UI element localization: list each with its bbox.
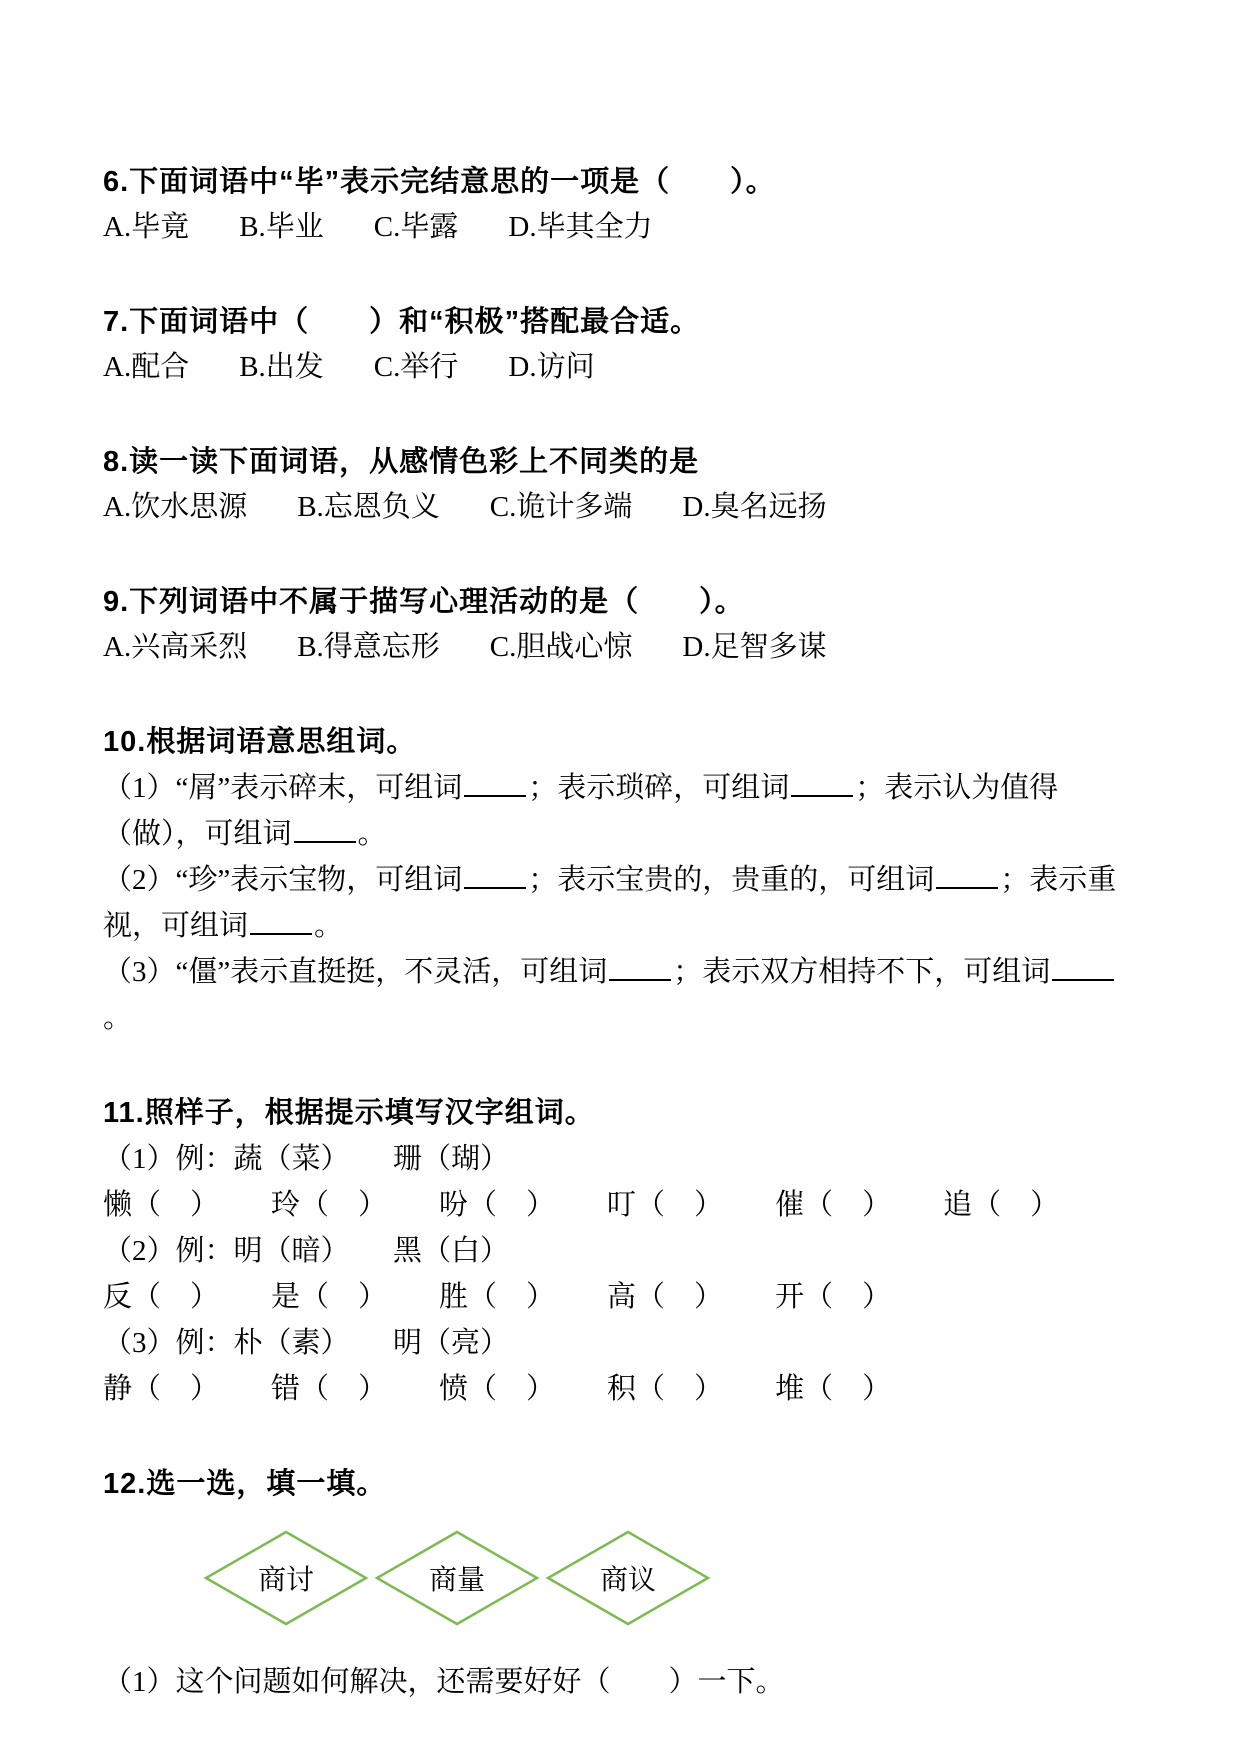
fill-item: 玲（ ） — [271, 1182, 387, 1228]
diamond-word-label: 商议 — [545, 1529, 711, 1627]
question-12-heading: 12.选一选，填一填。 — [103, 1462, 1136, 1507]
option-d: D.访问 — [508, 345, 594, 390]
fill-item: 反（ ） — [103, 1274, 219, 1320]
fill-item: 是（ ） — [271, 1274, 387, 1320]
diamond-word-label: 商讨 — [203, 1529, 369, 1627]
fill-item: 开（ ） — [775, 1274, 891, 1320]
option-d: D.毕其全力 — [508, 205, 652, 250]
option-c: C.毕露 — [374, 205, 459, 250]
option-a: A.饮水思源 — [103, 485, 247, 530]
blank-underline — [294, 816, 356, 843]
option-b: B.出发 — [239, 345, 324, 390]
option-a: A.配合 — [103, 345, 189, 390]
question-9-heading: 9.下列词语中不属于描写心理活动的是（ ）。 — [103, 580, 1136, 625]
fill-item: 错（ ） — [271, 1366, 387, 1412]
question-10-heading: 10.根据词语意思组词。 — [103, 720, 1136, 765]
option-d: D.足智多谋 — [682, 625, 826, 670]
option-c: C.举行 — [374, 345, 459, 390]
blank-underline — [250, 908, 312, 935]
fill-item: 叮（ ） — [607, 1182, 723, 1228]
option-d: D.臭名远扬 — [682, 485, 826, 530]
option-b: B.忘恩负义 — [297, 485, 440, 530]
option-c: C.诡计多端 — [490, 485, 633, 530]
question-12-item-1: （1）这个问题如何解决，还需要好好（ ）一下。 — [103, 1659, 1136, 1705]
question-8-options: A.饮水思源 B.忘恩负义 C.诡计多端 D.臭名远扬 — [103, 485, 1136, 530]
fill-item: 懒（ ） — [103, 1182, 219, 1228]
question-11-example-1: （1）例：蔬（菜） 珊（瑚） — [103, 1136, 1136, 1182]
fill-item: 高（ ） — [607, 1274, 723, 1320]
question-6-options: A.毕竟 B.毕业 C.毕露 D.毕其全力 — [103, 205, 1136, 250]
diamond-word-2: 商量 — [374, 1529, 540, 1627]
word-choice-diamonds: 商讨 商量 商议 — [203, 1529, 1136, 1627]
question-8: 8.读一读下面词语，从感情色彩上不同类的是 A.饮水思源 B.忘恩负义 C.诡计… — [103, 440, 1136, 530]
question-6-heading: 6.下面词语中“毕”表示完结意思的一项是（ ）。 — [103, 160, 1136, 205]
option-b: B.毕业 — [239, 205, 324, 250]
question-10-item-1: （1）“屑”表示碎末，可组词；表示琐碎，可组词；表示认为值得（做），可组词。 — [103, 765, 1136, 857]
blank-underline — [791, 770, 853, 797]
fill-item: 积（ ） — [607, 1366, 723, 1412]
blank-underline — [464, 862, 526, 889]
option-a: A.毕竟 — [103, 205, 189, 250]
option-b: B.得意忘形 — [297, 625, 440, 670]
question-7: 7.下面词语中（ ）和“积极”搭配最合适。 A.配合 B.出发 C.举行 D.访… — [103, 300, 1136, 390]
question-11-row-3: 静（ ） 错（ ） 愤（ ） 积（ ） 堆（ ） — [103, 1366, 1136, 1412]
blank-underline — [609, 954, 671, 981]
question-8-heading: 8.读一读下面词语，从感情色彩上不同类的是 — [103, 440, 1136, 485]
question-10-item-3: （3）“僵”表示直挺挺，不灵活，可组词；表示双方相持不下，可组词。 — [103, 949, 1136, 1041]
fill-item: 吩（ ） — [439, 1182, 555, 1228]
question-11: 11.照样子，根据提示填写汉字组词。 （1）例：蔬（菜） 珊（瑚） 懒（ ） 玲… — [103, 1091, 1136, 1412]
blank-underline — [936, 862, 998, 889]
question-11-heading: 11.照样子，根据提示填写汉字组词。 — [103, 1091, 1136, 1136]
question-11-example-2: （2）例：明（暗） 黑（白） — [103, 1228, 1136, 1274]
question-11-example-3: （3）例：朴（素） 明（亮） — [103, 1320, 1136, 1366]
fill-item: 催（ ） — [775, 1182, 891, 1228]
question-10-item-2: （2）“珍”表示宝物，可组词；表示宝贵的，贵重的，可组词；表示重视，可组词。 — [103, 857, 1136, 949]
option-a: A.兴高采烈 — [103, 625, 247, 670]
question-12: 12.选一选，填一填。 商讨 商量 商议 （1）这个问题如何解决， — [103, 1462, 1136, 1705]
question-11-row-2: 反（ ） 是（ ） 胜（ ） 高（ ） 开（ ） — [103, 1274, 1136, 1320]
blank-underline — [464, 770, 526, 797]
diamond-word-label: 商量 — [374, 1529, 540, 1627]
diamond-word-1: 商讨 — [203, 1529, 369, 1627]
fill-item: 追（ ） — [943, 1182, 1059, 1228]
fill-item: 胜（ ） — [439, 1274, 555, 1320]
fill-item: 愤（ ） — [439, 1366, 555, 1412]
fill-item: 静（ ） — [103, 1366, 219, 1412]
question-9-options: A.兴高采烈 B.得意忘形 C.胆战心惊 D.足智多谋 — [103, 625, 1136, 670]
question-7-options: A.配合 B.出发 C.举行 D.访问 — [103, 345, 1136, 390]
diamond-word-3: 商议 — [545, 1529, 711, 1627]
question-9: 9.下列词语中不属于描写心理活动的是（ ）。 A.兴高采烈 B.得意忘形 C.胆… — [103, 580, 1136, 670]
worksheet-page: 6.下面词语中“毕”表示完结意思的一项是（ ）。 A.毕竟 B.毕业 C.毕露 … — [0, 0, 1241, 1754]
question-7-heading: 7.下面词语中（ ）和“积极”搭配最合适。 — [103, 300, 1136, 345]
fill-item: 堆（ ） — [775, 1366, 891, 1412]
question-6: 6.下面词语中“毕”表示完结意思的一项是（ ）。 A.毕竟 B.毕业 C.毕露 … — [103, 160, 1136, 250]
question-10: 10.根据词语意思组词。 （1）“屑”表示碎末，可组词；表示琐碎，可组词；表示认… — [103, 720, 1136, 1041]
option-c: C.胆战心惊 — [490, 625, 633, 670]
question-11-row-1: 懒（ ） 玲（ ） 吩（ ） 叮（ ） 催（ ） 追（ ） — [103, 1182, 1136, 1228]
blank-underline — [1052, 954, 1114, 981]
